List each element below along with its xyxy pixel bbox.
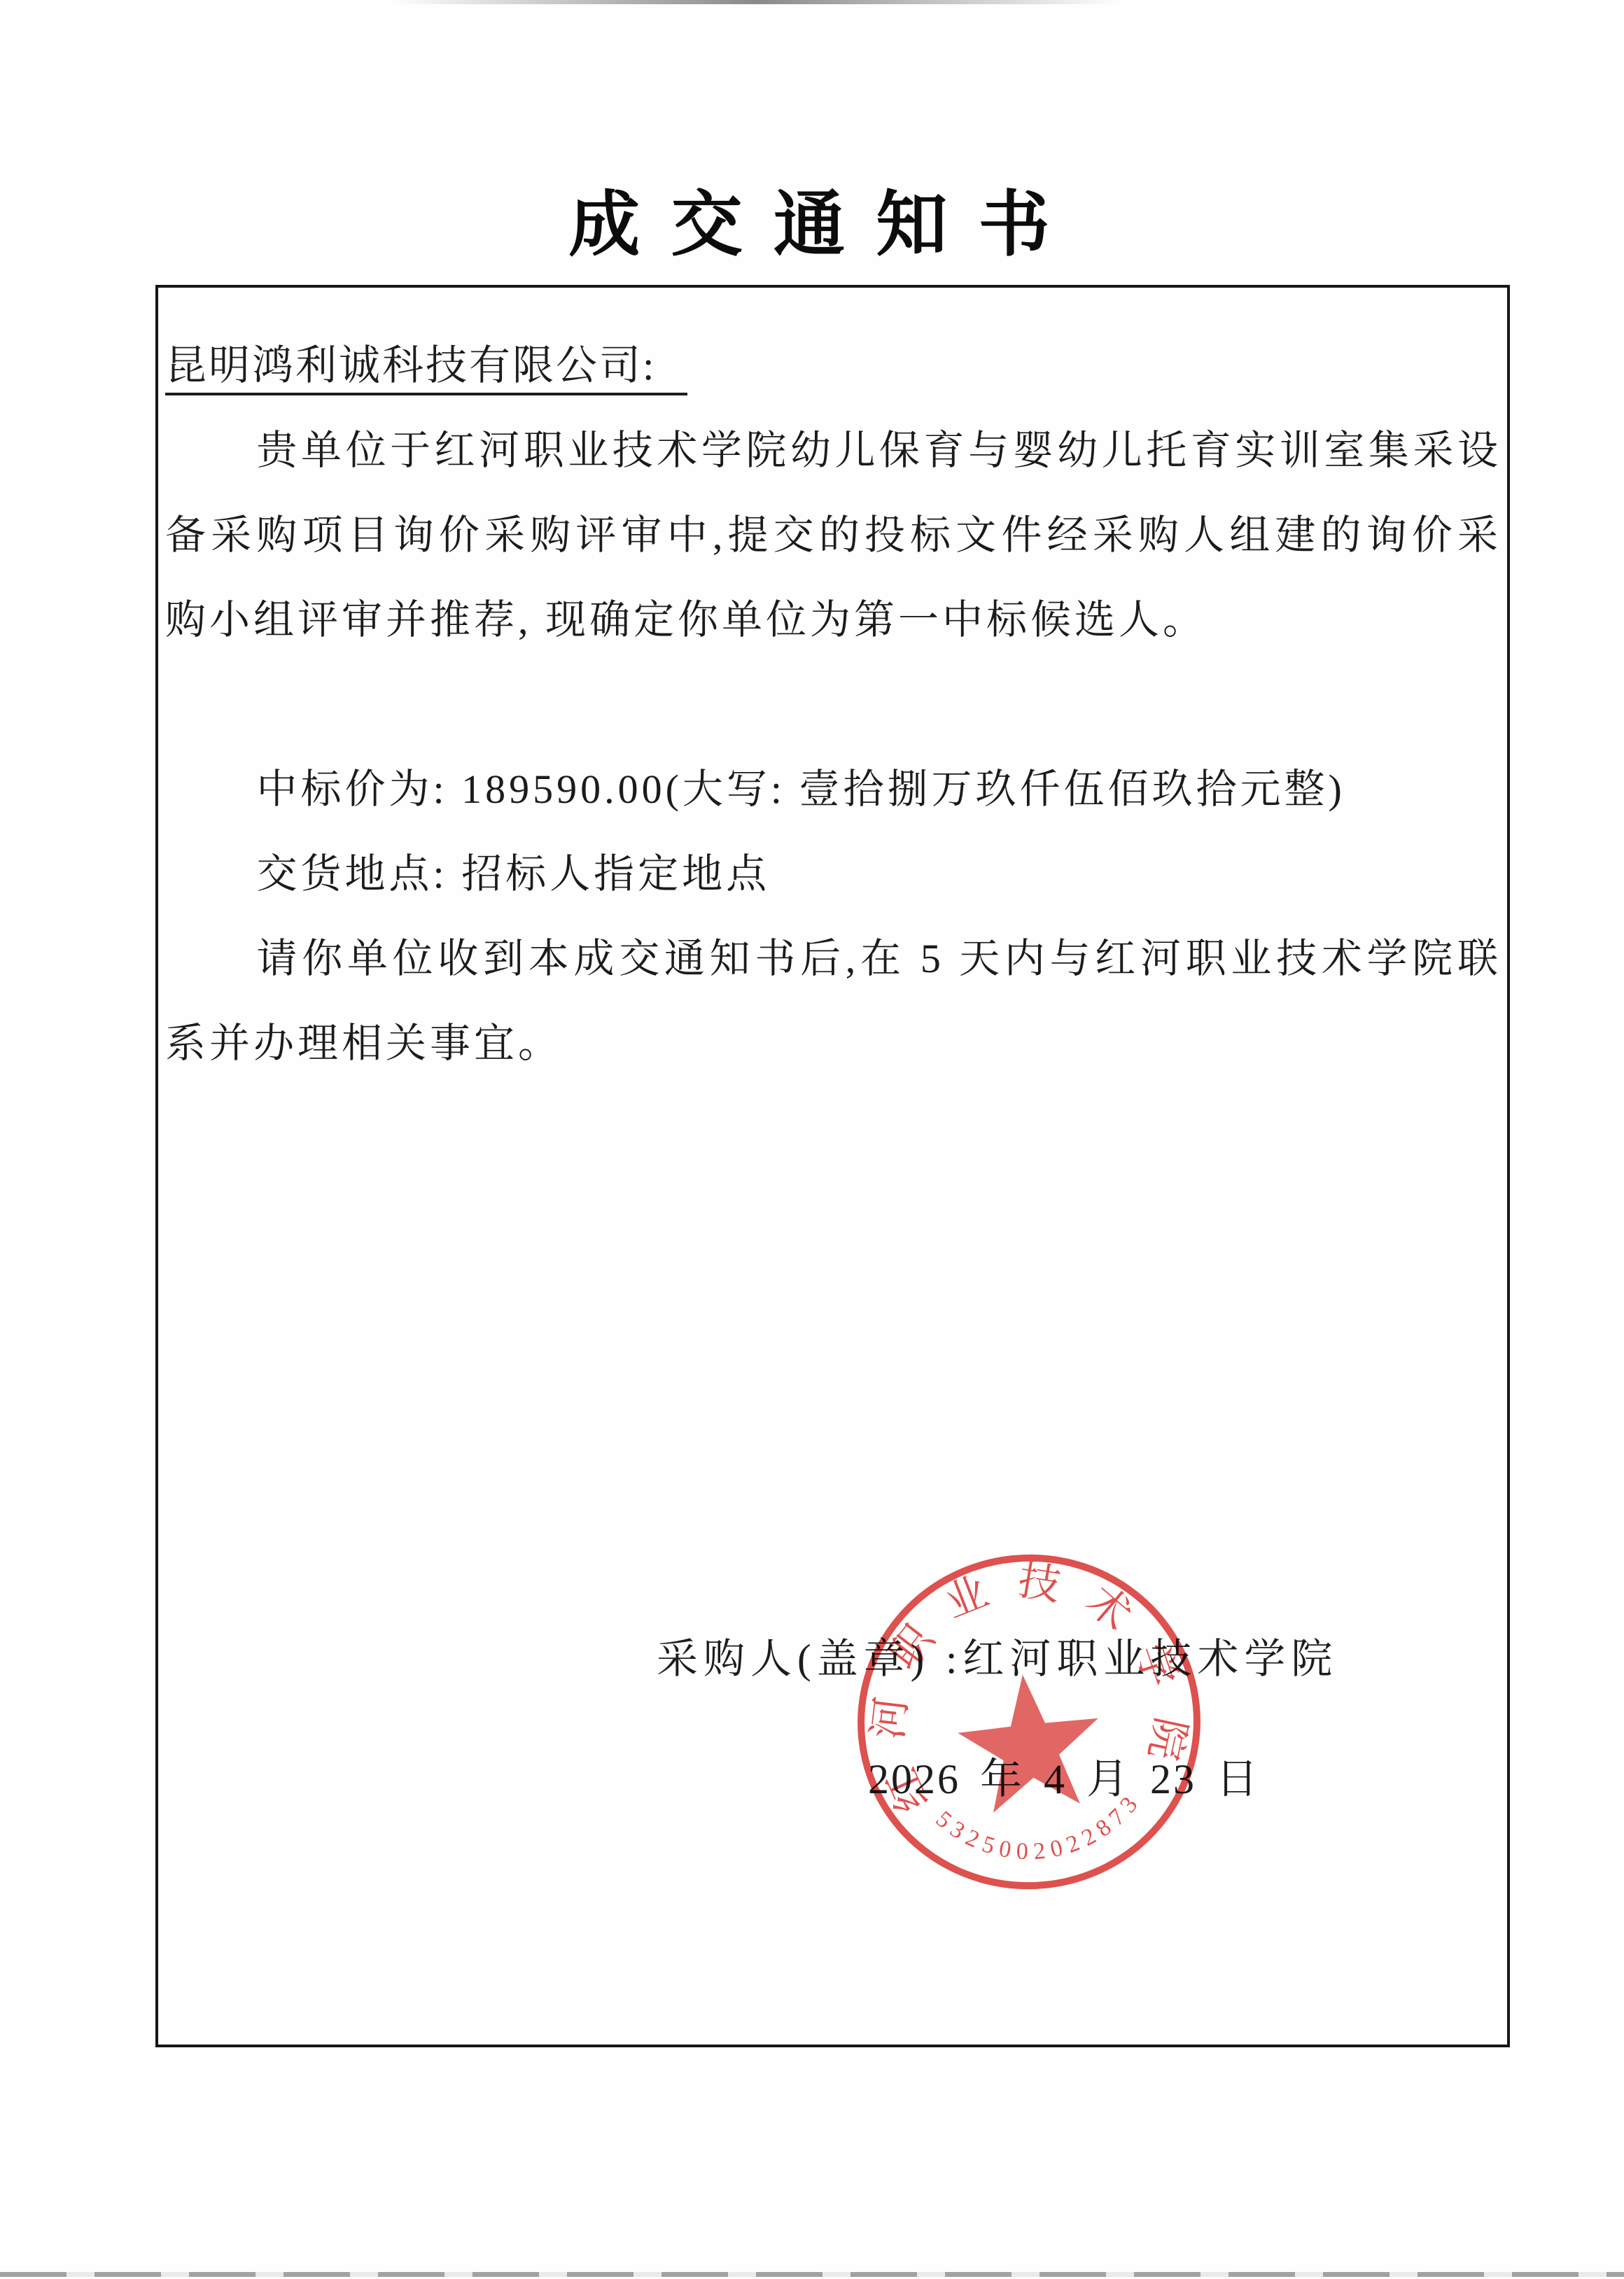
official-seal-stamp: 红河职业技术学院 5325002022873	[840, 1526, 1218, 1918]
scan-artifact-bottom-edge	[0, 2272, 1624, 2277]
seal-star-icon	[953, 1667, 1107, 1816]
recipient-company-name: 昆明鸿利诚科技有限公司:	[165, 342, 687, 395]
bid-price-line: 中标价为: 189590.00(大写: 壹拾捌万玖仟伍佰玖拾元整)	[165, 747, 1501, 832]
document-title: 成 交 通 知 书	[0, 168, 1624, 270]
delivery-location-line: 交货地点: 招标人指定地点	[165, 832, 1501, 916]
scanned-page: 成 交 通 知 书 昆明鸿利诚科技有限公司: 贵单位于红河职业技术学院幼儿保育与…	[0, 0, 1624, 2279]
body-paragraph-contact: 请你单位收到本成交通知书后,在 5 天内与红河职业技术学院联系并办理相关事宜。	[165, 916, 1501, 1086]
scan-artifact-top-edge	[392, 0, 1120, 4]
notice-frame: 昆明鸿利诚科技有限公司: 贵单位于红河职业技术学院幼儿保育与婴幼儿托育实训室集采…	[155, 285, 1510, 2047]
body-paragraph-award: 贵单位于红河职业技术学院幼儿保育与婴幼儿托育实训室集采设备采购项目询价采购评审中…	[165, 408, 1501, 662]
recipient-line: 昆明鸿利诚科技有限公司:	[165, 323, 1501, 408]
